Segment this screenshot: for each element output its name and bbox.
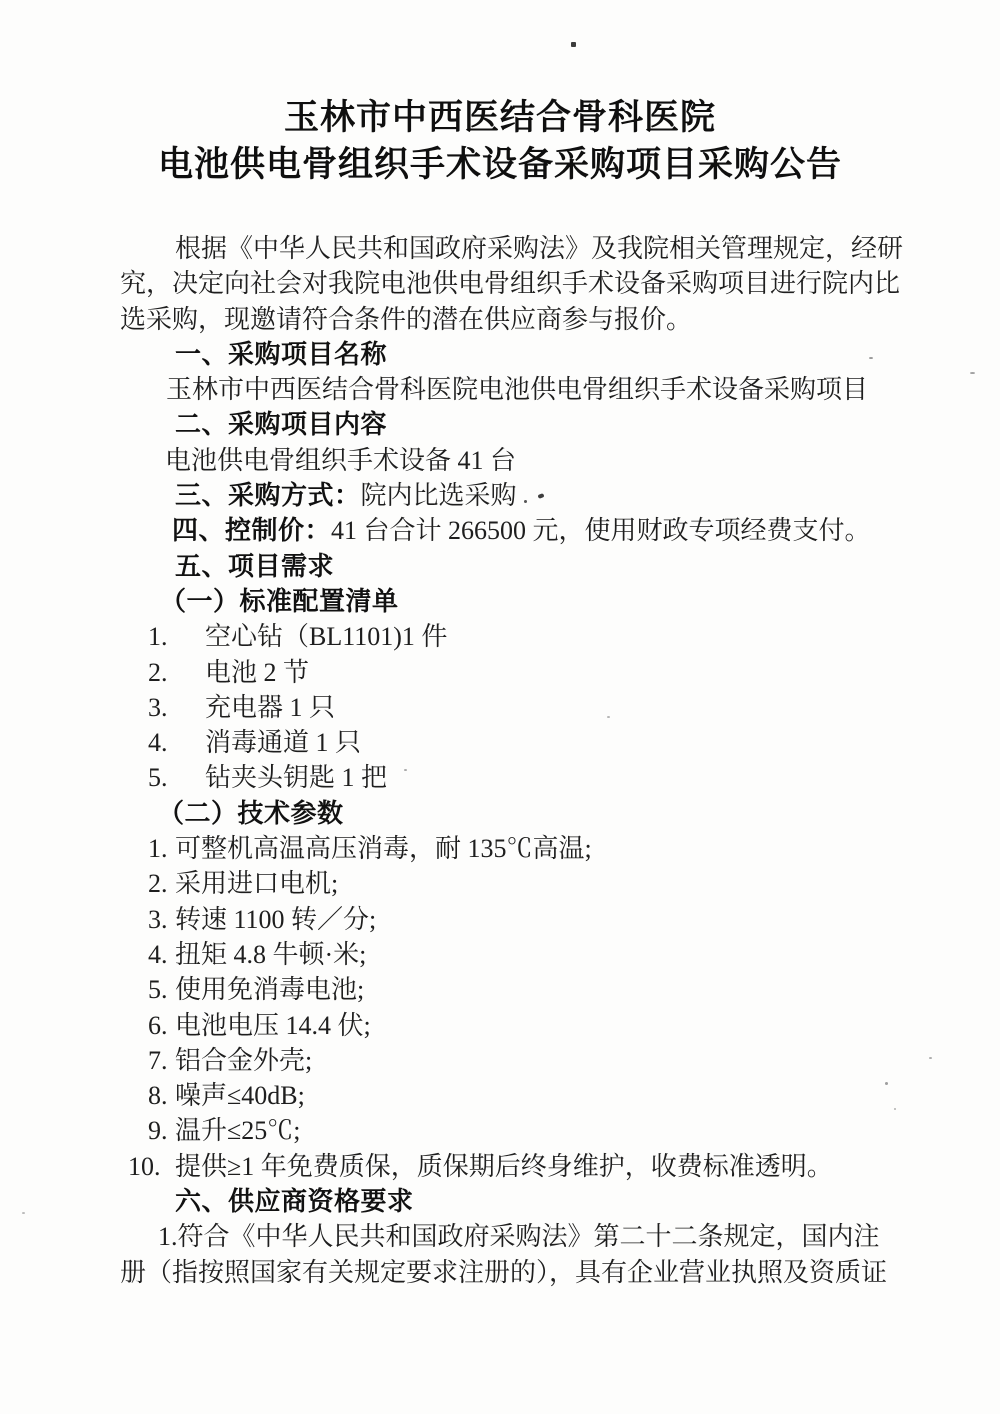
title-line-1: 玉林市中西医结合骨科医院 bbox=[0, 94, 1000, 141]
tech-item: 4.扭矩 4.8 牛顿·米; bbox=[148, 937, 1000, 972]
item-number: 5. bbox=[148, 972, 175, 1007]
item-number: 1. bbox=[148, 831, 175, 866]
item-text: 提供≥1 年免费质保，质保期后终身维护，收费标准透明。 bbox=[175, 1152, 833, 1181]
document-page: 玉林市中西医结合骨科医院 电池供电骨组织手术设备采购项目采购公告 根据《中华人民… bbox=[0, 0, 1000, 1414]
item-number: 3. bbox=[148, 902, 175, 937]
section-1-heading: 一、采购项目名称 bbox=[175, 337, 1000, 372]
item-text: 空心钻（BL1101)1 件 bbox=[205, 622, 447, 651]
section-4-line: 四、控制价：41 台合计 266500 元，使用财政专项经费支付。 bbox=[172, 513, 1000, 548]
intro-line: 究，决定向社会对我院电池供电骨组织手术设备采购项目进行院内比 bbox=[120, 266, 1000, 301]
config-item: 2.电池 2 节 bbox=[148, 655, 1000, 690]
section-6-heading: 六、供应商资格要求 bbox=[175, 1184, 1000, 1219]
item-text: 转速 1100 转／分; bbox=[175, 905, 376, 934]
item-number: 5. bbox=[148, 760, 205, 795]
tech-item-10: 10.提供≥1 年免费质保，质保期后终身维护，收费标准透明。 bbox=[128, 1149, 1000, 1184]
section-6-line: 1.符合《中华人民共和国政府采购法》第二十二条规定，国内注 bbox=[158, 1219, 1000, 1254]
item-text: 采用进口电机; bbox=[175, 869, 338, 898]
document-title: 玉林市中西医结合骨科医院 电池供电骨组织手术设备采购项目采购公告 bbox=[0, 94, 1000, 188]
section-3-label: 三、采购方式： bbox=[175, 480, 361, 510]
title-line-2: 电池供电骨组织手术设备采购项目采购公告 bbox=[0, 141, 1000, 188]
config-item: 5.钻夹头钥匙 1 把 bbox=[148, 760, 1000, 795]
section-4-value: 41 台合计 266500 元，使用财政专项经费支付。 bbox=[331, 516, 871, 545]
scan-speck bbox=[929, 1057, 932, 1059]
scan-speck bbox=[22, 1212, 25, 1214]
item-text: 使用免消毒电池; bbox=[175, 975, 364, 1004]
tech-list-heading: （二）技术参数 bbox=[158, 796, 1000, 831]
scan-speck bbox=[404, 769, 407, 771]
item-number: 2. bbox=[148, 866, 175, 901]
item-number: 4. bbox=[148, 725, 205, 760]
tech-item: 2.采用进口电机; bbox=[148, 866, 1000, 901]
item-number: 6. bbox=[148, 1008, 175, 1043]
item-text: 钻夹头钥匙 1 把 bbox=[205, 763, 387, 792]
section-4-label: 四、控制价： bbox=[172, 515, 331, 545]
item-text: 温升≤25℃; bbox=[175, 1116, 301, 1145]
scan-speck bbox=[571, 42, 576, 47]
item-number: 9. bbox=[148, 1113, 175, 1148]
scan-speck bbox=[970, 372, 975, 374]
scan-speck bbox=[524, 500, 527, 503]
section-2-body: 电池供电骨组织手术设备 41 台 bbox=[165, 443, 1000, 478]
tech-item: 8.噪声≤40dB; bbox=[148, 1078, 1000, 1113]
section-1-body: 玉林市中西医结合骨科医院电池供电骨组织手术设备采购项目 bbox=[166, 372, 1000, 407]
scan-speck bbox=[607, 716, 610, 718]
item-number: 10. bbox=[128, 1149, 175, 1184]
scan-speck bbox=[885, 1082, 888, 1085]
scan-speck bbox=[869, 357, 873, 359]
item-text: 电池 2 节 bbox=[205, 658, 309, 687]
tech-item: 9.温升≤25℃; bbox=[148, 1113, 1000, 1148]
config-item: 3.充电器 1 只 bbox=[148, 690, 1000, 725]
section-2-heading: 二、采购项目内容 bbox=[175, 407, 1000, 442]
item-text: 充电器 1 只 bbox=[205, 693, 335, 722]
item-text: 消毒通道 1 只 bbox=[205, 728, 361, 757]
tech-item: 6.电池电压 14.4 伏; bbox=[148, 1008, 1000, 1043]
item-number: 7. bbox=[148, 1043, 175, 1078]
intro-line: 选采购，现邀请符合条件的潜在供应商参与报价。 bbox=[120, 302, 1000, 337]
config-list-heading: （一）标准配置清单 bbox=[160, 584, 1000, 619]
tech-item: 3.转速 1100 转／分; bbox=[148, 902, 1000, 937]
section-6-line: 册（指按照国家有关规定要求注册的），具有企业营业执照及资质证 bbox=[120, 1255, 1000, 1290]
document-body: 根据《中华人民共和国政府采购法》及我院相关管理规定，经研 究，决定向社会对我院电… bbox=[0, 231, 1000, 1290]
section-3-line: 三、采购方式：院内比选采购 bbox=[175, 478, 1000, 513]
item-text: 扭矩 4.8 牛顿·米; bbox=[175, 940, 366, 969]
intro-line: 根据《中华人民共和国政府采购法》及我院相关管理规定，经研 bbox=[175, 231, 1000, 266]
item-text: 噪声≤40dB; bbox=[175, 1081, 305, 1110]
item-number: 1. bbox=[148, 619, 205, 654]
config-item: 1.空心钻（BL1101)1 件 bbox=[148, 619, 1000, 654]
section-5-heading: 五、项目需求 bbox=[175, 549, 1000, 584]
tech-item: 5.使用免消毒电池; bbox=[148, 972, 1000, 1007]
config-item: 4.消毒通道 1 只 bbox=[148, 725, 1000, 760]
scan-speck bbox=[894, 1108, 896, 1110]
item-number: 4. bbox=[148, 937, 175, 972]
section-3-value: 院内比选采购 bbox=[361, 481, 517, 510]
item-number: 3. bbox=[148, 690, 205, 725]
tech-item: 1.可整机高温高压消毒，耐 135℃高温; bbox=[148, 831, 1000, 866]
tech-item: 7.铝合金外壳; bbox=[148, 1043, 1000, 1078]
item-text: 电池电压 14.4 伏; bbox=[175, 1011, 371, 1040]
item-text: 铝合金外壳; bbox=[175, 1046, 312, 1075]
item-text: 可整机高温高压消毒，耐 135℃高温; bbox=[175, 834, 592, 863]
item-number: 8. bbox=[148, 1078, 175, 1113]
item-number: 2. bbox=[148, 655, 205, 690]
